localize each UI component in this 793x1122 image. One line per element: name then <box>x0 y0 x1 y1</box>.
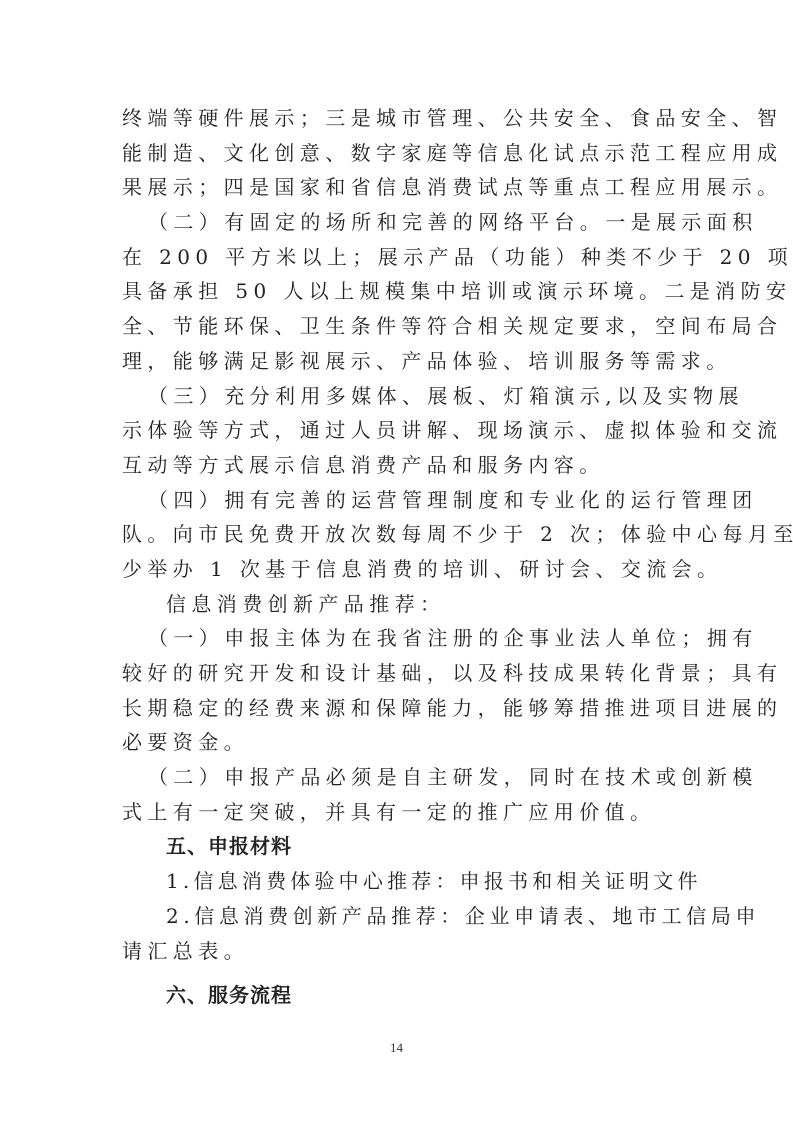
paragraph-line: 长期稳定的经费来源和保障能力，能够筹措推进项目进展的 <box>122 691 678 726</box>
paragraph-line: 果展示；四是国家和省信息消费试点等重点工程应用展示。 <box>122 170 678 205</box>
paragraph-line: （二）有固定的场所和完善的网络平台。一是展示面积 <box>122 205 678 240</box>
materials-item-2: 2.信息消费创新产品推荐：企业申请表、地市工信局申 <box>122 899 678 934</box>
paragraph-line: 示体验等方式，通过人员讲解、现场演示、虚拟体验和交流 <box>122 413 678 448</box>
section-heading-service-process: 六、服务流程 <box>122 978 678 1013</box>
page-number: 14 <box>0 1040 793 1056</box>
paragraph-line: 少举办 1 次基于信息消费的培训、研讨会、交流会。 <box>122 552 678 587</box>
materials-item-2-cont: 请汇总表。 <box>122 934 678 969</box>
paragraph-line: 理，能够满足影视展示、产品体验、培训服务等需求。 <box>122 344 678 379</box>
paragraph-line: 全、节能环保、卫生条件等符合相关规定要求，空间布局合 <box>122 309 678 344</box>
paragraph-line: 终端等硬件展示；三是城市管理、公共安全、食品安全、智 <box>122 101 678 136</box>
subsection-label: 信息消费创新产品推荐： <box>122 587 678 622</box>
section-heading-materials: 五、申报材料 <box>122 829 678 864</box>
paragraph-line: 在 200 平方米以上；展示产品（功能）种类不少于 20 项； <box>122 240 678 275</box>
paragraph-line: 必要资金。 <box>122 725 678 760</box>
paragraph-line: 较好的研究开发和设计基础，以及科技成果转化背景；具有 <box>122 656 678 691</box>
paragraph-line: 队。向市民免费开放次数每周不少于 2 次；体验中心每月至 <box>122 517 678 552</box>
document-page: 终端等硬件展示；三是城市管理、公共安全、食品安全、智 能制造、文化创意、数字家庭… <box>0 0 793 1122</box>
paragraph-line: （三）充分利用多媒体、展板、灯箱演示,以及实物展 <box>122 379 678 414</box>
paragraph-line: 式上有一定突破，并具有一定的推广应用价值。 <box>122 795 678 830</box>
paragraph-line: （一）申报主体为在我省注册的企事业法人单位；拥有 <box>122 621 678 656</box>
materials-item-1: 1.信息消费体验中心推荐：申报书和相关证明文件 <box>122 864 678 899</box>
paragraph-line: （二）申报产品必须是自主研发，同时在技术或创新模 <box>122 760 678 795</box>
paragraph-line: 具备承担 50 人以上规模集中培训或演示环境。二是消防安 <box>122 274 678 309</box>
paragraph-line: 互动等方式展示信息消费产品和服务内容。 <box>122 448 678 483</box>
document-body: 终端等硬件展示；三是城市管理、公共安全、食品安全、智 能制造、文化创意、数字家庭… <box>122 101 678 1013</box>
paragraph-line: 能制造、文化创意、数字家庭等信息化试点示范工程应用成 <box>122 136 678 171</box>
paragraph-line: （四）拥有完善的运营管理制度和专业化的运行管理团 <box>122 483 678 518</box>
